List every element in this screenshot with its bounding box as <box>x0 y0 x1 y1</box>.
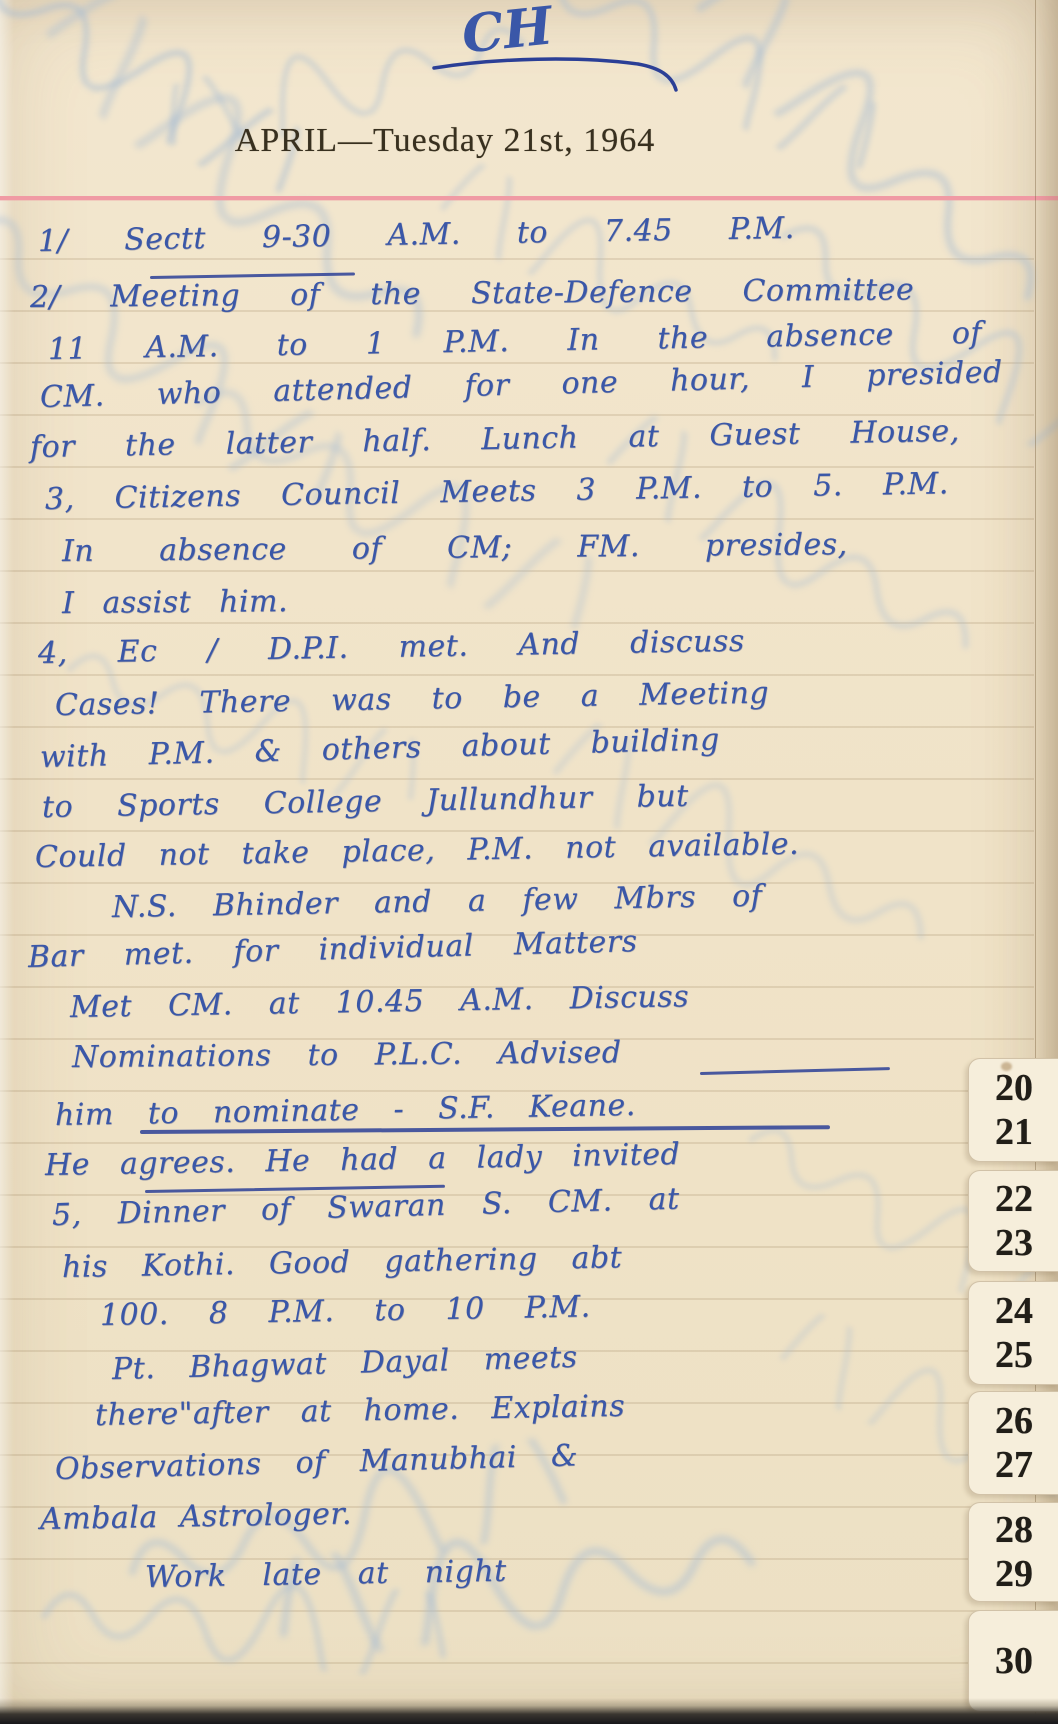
date-tab: 2829 <box>968 1502 1058 1602</box>
date-tab: 2627 <box>968 1391 1058 1495</box>
tab-number: 24 <box>995 1290 1033 1332</box>
tab-number: 29 <box>995 1553 1033 1595</box>
date-tab-column: 2021222324252627282930 <box>0 0 1058 1724</box>
paper-stain <box>1001 1062 1012 1071</box>
tab-number: 20 <box>995 1067 1033 1109</box>
date-tab: 2425 <box>968 1281 1058 1385</box>
tab-number: 28 <box>995 1509 1033 1551</box>
date-tab: 30 <box>968 1610 1058 1712</box>
tab-number: 30 <box>995 1640 1033 1682</box>
tab-number: 26 <box>995 1400 1033 1442</box>
tab-number: 25 <box>995 1334 1033 1376</box>
date-tab: 2223 <box>968 1170 1058 1272</box>
tab-number: 21 <box>995 1111 1033 1153</box>
tab-number: 27 <box>995 1444 1033 1486</box>
diary-page-scan: CH APRIL—Tuesday 21st, 1964 1/ Sectt 9-3… <box>0 0 1058 1724</box>
tab-number: 22 <box>995 1178 1033 1220</box>
date-tab: 2021 <box>968 1058 1058 1162</box>
tab-number: 23 <box>995 1222 1033 1264</box>
scan-bottom-edge <box>0 1698 1058 1724</box>
